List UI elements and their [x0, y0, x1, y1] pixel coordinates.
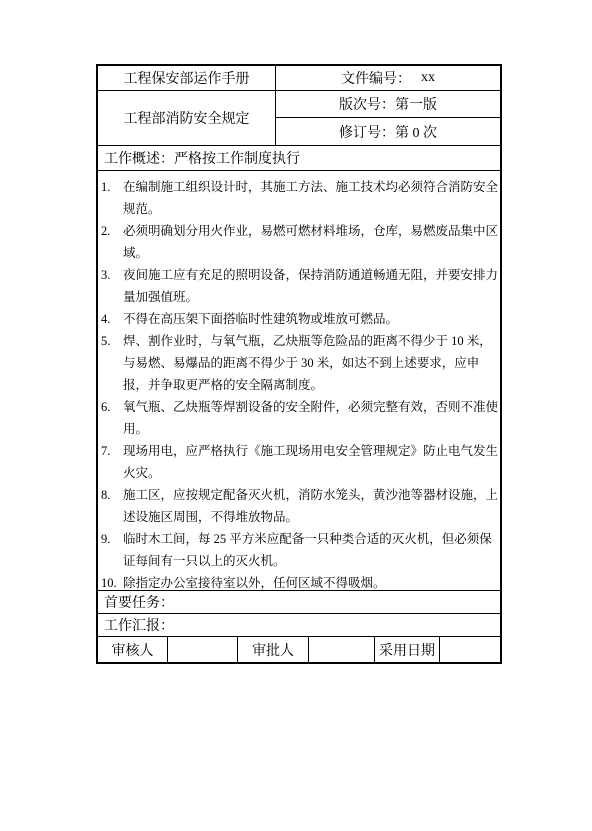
doc-number-label: 文件编号： [341, 68, 411, 88]
rule-text: 临时木工间，每 25 平方米应配备一只种类合适的灭火机，但必须保证每间有一只以上… [123, 528, 498, 572]
rule-text: 氧气瓶、乙炔瓶等焊割设备的安全附件，必须完整有效，否则不准使用。 [123, 396, 498, 440]
document-header: 工程保安部运作手册 文件编号： xx 工程部消防安全规定 版次号： 第一版 修订… [98, 66, 500, 146]
overview-label: 工作概述： [104, 148, 174, 168]
primary-task-row: 首要任务： [98, 591, 500, 614]
version-label: 版次号： [339, 94, 395, 114]
rule-item: 6. 氧气瓶、乙炔瓶等焊割设备的安全附件，必须完整有效，否则不准使用。 [101, 396, 498, 440]
rule-number: 9. [101, 528, 123, 572]
approver-label: 审批人 [252, 640, 294, 660]
overview-text: 严格按工作制度执行 [174, 148, 300, 168]
rule-text: 现场用电，应严格执行《施工现场用电安全管理规定》防止电气发生火灾。 [123, 440, 498, 484]
document-table: 工程保安部运作手册 文件编号： xx 工程部消防安全规定 版次号： 第一版 修订… [96, 64, 502, 664]
rule-item: 2. 必须明确划分用火作业，易燃可燃材料堆场，仓库，易燃废品集中区域。 [101, 220, 498, 264]
rule-text: 施工区，应按规定配备灭火机，消防水笼头，黄沙池等器材设施，上述设施区周围，不得堆… [123, 484, 498, 528]
doc-number-value: xx [421, 70, 435, 86]
work-report-row: 工作汇报： [98, 614, 500, 637]
adoption-date-label-cell: 采用日期 [375, 637, 440, 662]
overview-row: 工作概述： 严格按工作制度执行 [98, 146, 500, 171]
rule-text: 除指定办公室接待室以外，任何区域不得吸烟。 [123, 572, 498, 591]
approver-value-cell [309, 637, 375, 662]
rule-item: 5. 焊、割作业时，与氧气瓶，乙炔瓶等危险品的距离不得少于 10 米，与易燃、易… [101, 330, 498, 396]
rule-text: 必须明确划分用火作业，易燃可燃材料堆场，仓库，易燃废品集中区域。 [123, 220, 498, 264]
reviewer-label-cell: 审核人 [98, 637, 168, 662]
doc-title: 工程部消防安全规定 [124, 108, 250, 128]
manual-title: 工程保安部运作手册 [124, 68, 250, 88]
rule-number: 7. [101, 440, 123, 484]
work-report-label: 工作汇报： [104, 615, 174, 635]
reviewer-label: 审核人 [112, 640, 154, 660]
rule-number: 5. [101, 330, 123, 396]
version-value: 第一版 [395, 94, 437, 114]
rule-item: 4. 不得在高压架下面搭临时性建筑物或堆放可燃品。 [101, 308, 498, 330]
primary-task-label: 首要任务： [104, 592, 174, 612]
rule-text: 不得在高压架下面搭临时性建筑物或堆放可燃品。 [123, 308, 498, 330]
signature-row: 审核人 审批人 采用日期 [98, 637, 500, 662]
rule-number: 10. [101, 572, 123, 591]
manual-title-cell: 工程保安部运作手册 [98, 66, 276, 91]
revision-value: 第 0 次 [395, 122, 437, 142]
rule-text: 夜间施工应有充足的照明设备，保持消防通道畅通无阻，并要安排力量加强值班。 [123, 264, 498, 308]
revision-cell: 修订号： 第 0 次 [276, 118, 500, 146]
revision-label: 修订号： [339, 122, 395, 142]
rule-number: 6. [101, 396, 123, 440]
rule-number: 8. [101, 484, 123, 528]
doc-number-cell: 文件编号： xx [276, 66, 500, 91]
rule-item: 10. 除指定办公室接待室以外，任何区域不得吸烟。 [101, 572, 498, 591]
rule-number: 1. [101, 176, 123, 220]
rule-number: 4. [101, 308, 123, 330]
reviewer-value-cell [168, 637, 238, 662]
rules-list: 1. 在编制施工组织设计时，其施工方法、施工技术均必须符合消防安全规范。 2. … [98, 171, 500, 591]
rule-item: 3. 夜间施工应有充足的照明设备，保持消防通道畅通无阻，并要安排力量加强值班。 [101, 264, 498, 308]
rule-number: 2. [101, 220, 123, 264]
version-cell: 版次号： 第一版 [276, 91, 500, 118]
rule-text: 焊、割作业时，与氧气瓶，乙炔瓶等危险品的距离不得少于 10 米，与易燃、易爆品的… [123, 330, 498, 396]
adoption-date-label: 采用日期 [379, 640, 435, 660]
rule-item: 9. 临时木工间，每 25 平方米应配备一只种类合适的灭火机，但必须保证每间有一… [101, 528, 498, 572]
approver-label-cell: 审批人 [238, 637, 309, 662]
rule-item: 7. 现场用电，应严格执行《施工现场用电安全管理规定》防止电气发生火灾。 [101, 440, 498, 484]
rule-text: 在编制施工组织设计时，其施工方法、施工技术均必须符合消防安全规范。 [123, 176, 498, 220]
adoption-date-value-cell [440, 637, 500, 662]
rule-item: 1. 在编制施工组织设计时，其施工方法、施工技术均必须符合消防安全规范。 [101, 176, 498, 220]
rule-item: 8. 施工区，应按规定配备灭火机，消防水笼头，黄沙池等器材设施，上述设施区周围，… [101, 484, 498, 528]
rule-number: 3. [101, 264, 123, 308]
doc-title-cell: 工程部消防安全规定 [98, 91, 276, 146]
